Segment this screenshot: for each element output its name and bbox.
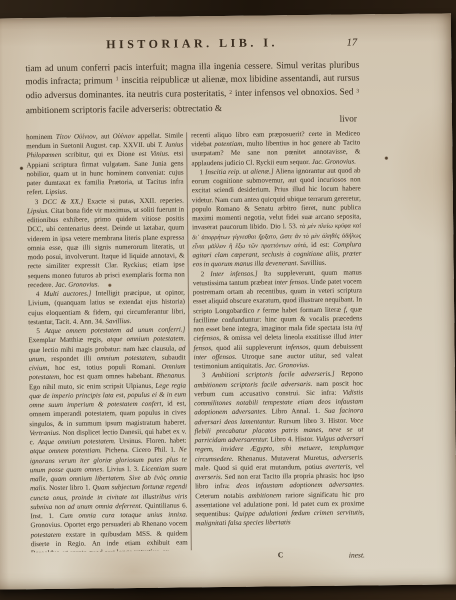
text-run: , hoc est, totius populi Romani.: [47, 363, 161, 372]
text-run: omnium potestatem: [97, 354, 155, 363]
text-run: atque omnem potentiam.: [30, 447, 102, 456]
text-run: Τίτον Οὐίνιον: [56, 132, 96, 140]
signature-mark: C: [278, 550, 284, 559]
column-left: hominem Τίτον Οὐίνιον, aut Οὐίνιον appel…: [26, 131, 188, 552]
text-run: DCC & XX.]: [42, 197, 83, 205]
text-run: Vinius.: [150, 150, 169, 158]
note-paragraph: 3 DCC & XX.] Exacte si putas, XXII. repe…: [27, 196, 185, 290]
text-run: , id est:: [306, 241, 333, 249]
text-run: 3: [35, 198, 43, 206]
text-run: , hoc est quam omnes habebant.: [59, 372, 156, 381]
text-run: Savillius.: [298, 259, 326, 267]
text-run: averteris: [325, 462, 350, 470]
text-run: 1: [115, 76, 119, 82]
text-run: Gronovius. Oportet ergo persuaderi ab Rh…: [30, 520, 187, 530]
text-run: , quum debuissent: [308, 342, 362, 351]
text-run: Lipsius.: [45, 188, 67, 196]
intro-paragraph: tiam ad unum conferri pacis interfuit; m…: [25, 58, 360, 117]
text-run: Citat bona fide vir maximus, ut soliti f…: [27, 205, 185, 289]
text-run: Exacte si putas, XXII. reperies.: [83, 196, 184, 205]
text-run: potestatem: [31, 530, 61, 538]
catchword: inest.: [349, 550, 365, 559]
text-run: 2: [201, 270, 211, 278]
text-run: Rursum libro 3. Histor.: [275, 416, 350, 425]
text-run: inter infensos vel obnoxios. Sed: [232, 87, 355, 98]
running-header: HISTORIAR. LIB. I.: [25, 34, 359, 53]
text-run: , respondet illi: [44, 354, 97, 363]
text-run: , vel: [350, 462, 364, 470]
text-run: Atque omnem potestatem ad unum conferri.…: [45, 325, 186, 335]
column-right: recenti aliquo libro eam præposuerit? ce…: [191, 129, 365, 550]
note-paragraph: 2 Inter infensos.] Ita suppleverunt, quu…: [193, 268, 363, 372]
text-run: ferme habet formam literæ: [260, 305, 344, 314]
text-run: Exemplar Matthiæ regis,: [28, 336, 107, 345]
text-run: , aut: [96, 132, 113, 140]
text-run: Ambitioni scriptoris facile adverseris.]: [212, 370, 335, 379]
text-run: ambitionem scriptoris facile adverseris:…: [26, 103, 222, 115]
page-content: HISTORIAR. LIB. I. 17 tiam ad unum confe…: [25, 34, 365, 565]
text-run: Multi auctores.]: [44, 290, 92, 299]
text-run: hominem: [26, 133, 56, 141]
text-run: Livius l. 3.: [104, 465, 141, 473]
text-run: 3: [202, 371, 212, 379]
text-run: Inscitia reip. ut alienæ.]: [205, 167, 274, 176]
text-run: Jac. Gronovius.: [55, 280, 99, 289]
text-run: Jac. Gronovius.: [312, 157, 356, 166]
text-run: 4: [36, 290, 44, 298]
note-paragraph: 4 Multi auctores.] Intelligit præcipue, …: [28, 288, 185, 327]
text-run: Libro 4. Histor.: [268, 435, 316, 444]
note-paragraph: 5 Atque omnem potestatem ad unum conferr…: [28, 325, 188, 552]
page-header: HISTORIAR. LIB. I. 17: [25, 34, 359, 58]
text-run: Repono: [335, 370, 363, 378]
note-paragraph: 3 Ambitioni scriptoris facile adverseris…: [194, 370, 365, 529]
text-run: 2: [229, 90, 233, 96]
text-run: infensos: [285, 343, 308, 351]
text-run: Lipsius.: [27, 207, 49, 215]
note-paragraph: 1 Inscitia reip. ut alienæ.] Aliena igno…: [191, 166, 361, 270]
note-paragraph: hominem Τίτον Οὐίνιον, aut Οὐίνιον appel…: [26, 131, 184, 198]
text-run: atque omnium potestatem.: [107, 335, 186, 344]
text-run: ambitionem scriptoris facile adversaris.: [194, 380, 313, 389]
text-run: 3: [356, 88, 360, 94]
text-run: Inter infensos.]: [210, 269, 257, 278]
text-run: , subaudit: [155, 353, 186, 361]
text-run: Libro Annal. 1.: [267, 407, 325, 416]
text-run: Ursinus. Floren. habet:: [116, 436, 187, 445]
text-run: , & omissa vel deleta lineola exstitisse…: [219, 333, 349, 342]
note-paragraph: recenti aliquo libro eam præposuerit? ce…: [191, 129, 360, 168]
text-run: potentiam: [214, 140, 242, 148]
text-run: Savillius.: [105, 317, 131, 325]
text-run: ambitionem: [248, 491, 281, 499]
text-run: male. Quod si quid erat mutandum, potius: [195, 463, 326, 472]
text-run: Rhenanus. Mutaverat Muretus,: [234, 453, 333, 462]
commentary-columns: hominem Τίτον Οὐίνιον, aut Οὐίνιον appel…: [26, 129, 365, 552]
page-number: 17: [347, 37, 358, 48]
text-run: Οὐίνιον: [113, 132, 135, 140]
text-run: adverseris.: [333, 453, 364, 461]
scan-background: HISTORIAR. LIB. I. 17 tiam ad unum confe…: [0, 0, 456, 600]
text-run: Cum omnia cura totaque unius innixa.: [59, 510, 187, 519]
text-run: inter offensos: [194, 353, 235, 361]
page-footer: C inest.: [31, 549, 365, 565]
text-run: Vertranius.: [29, 429, 60, 437]
text-run: Pichena. Cicero Phil. 1.: [102, 446, 179, 455]
text-run: averseris: [195, 473, 221, 481]
text-run: scribitur, qui ex Dione est: [61, 150, 150, 159]
text-run: Noster libro 1.: [47, 484, 93, 493]
text-run: deos infaustam adoptionem adversantes.: [236, 481, 364, 490]
text-run: inter fensos: [274, 278, 307, 286]
text-run: Rhenanus.: [156, 372, 185, 380]
text-run: Ego nihil muto, sic enim scripsit Ulpian…: [29, 381, 156, 390]
text-run: Ceterum notabis: [195, 491, 248, 500]
text-run: , quod alii suppleverunt: [211, 343, 286, 352]
text-run: Atque omnium potestatem.: [38, 437, 116, 446]
text-run: civium: [29, 364, 48, 372]
text-run: quæ lectio mihi magis probatur: nam hæc …: [28, 344, 178, 354]
book-page: HISTORIAR. LIB. I. 17 tiam ad unum confe…: [0, 13, 456, 589]
text-run: Jac. Gronovius.: [265, 361, 309, 370]
